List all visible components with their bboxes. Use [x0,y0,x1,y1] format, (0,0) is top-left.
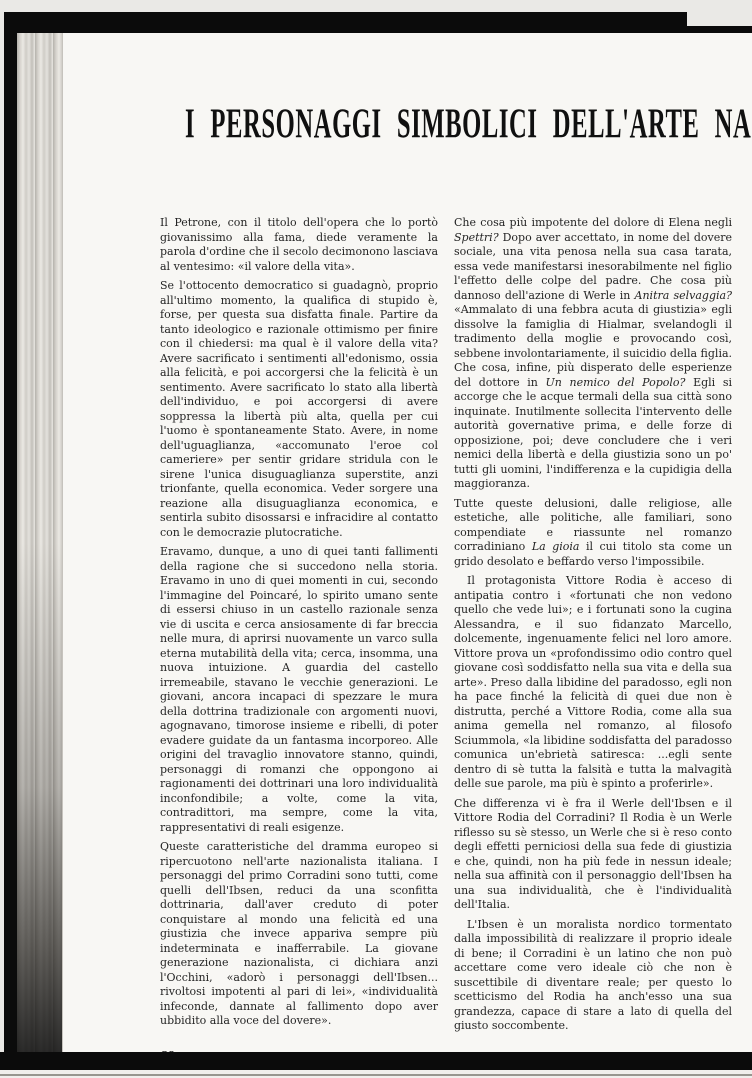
paragraph: Che differenza vi è fra il Werle dell'Ib… [454,797,732,913]
paragraph: Che cosa più impotente del dolore di Ele… [454,216,732,492]
paragraph: Queste caratteristiche del dramma europe… [160,840,438,1029]
paragraph: Tutte queste delusioni, dalle religiose,… [454,497,732,570]
scan-frame-top [4,12,687,33]
article-title: I PERSONAGGI SIMBOLICI DELL'ARTE NAZIONA… [185,103,752,145]
text-segment: Il protagonista Vittore Rodia è acceso d… [454,574,732,790]
book-page: I PERSONAGGI SIMBOLICI DELL'ARTE NAZIONA… [17,33,752,1052]
text-segment: Se l'ottocento democratico si guadagnò, … [160,279,438,539]
paragraph: Se l'ottocento democratico si guadagnò, … [160,279,438,540]
text-segment: L'Ibsen è un moralista nordico tormentat… [454,918,732,1033]
paragraph: Il Petrone, con il titolo dell'opera che… [160,216,438,274]
text-segment: Egli si accorge che le acque termali del… [454,376,732,491]
text-segment: Che cosa più impotente del dolore di Ele… [454,216,732,229]
book-title-italic: Un nemico del Popolo? [546,376,686,389]
scan-bottom-line [0,1074,752,1076]
page-edge-streaks [17,33,63,1052]
text-segment: Che differenza vi è fra il Werle dell'Ib… [454,797,732,912]
book-title-italic: Spettri? [454,231,499,244]
text-segment: Queste caratteristiche del dramma europe… [160,840,438,1027]
scanned-book-page: I PERSONAGGI SIMBOLICI DELL'ARTE NAZIONA… [0,0,752,1078]
right-text-column: Che cosa più impotente del dolore di Ele… [454,216,732,1039]
scan-frame-bottom [0,1052,752,1070]
book-title-italic: La gioia [532,540,580,553]
paragraph: Il protagonista Vittore Rodia è acceso d… [454,574,732,792]
left-text-column: Il Petrone, con il titolo dell'opera che… [160,216,438,1034]
paragraph: Eravamo, dunque, a uno di quei tanti fal… [160,545,438,835]
scan-frame-left [4,12,17,1060]
text-segment: Eravamo, dunque, a uno di quei tanti fal… [160,545,438,834]
book-title-italic: Anitra selvaggia? [635,289,732,302]
paragraph: L'Ibsen è un moralista nordico tormentat… [454,918,732,1034]
text-segment: Il Petrone, con il titolo dell'opera che… [160,216,438,273]
